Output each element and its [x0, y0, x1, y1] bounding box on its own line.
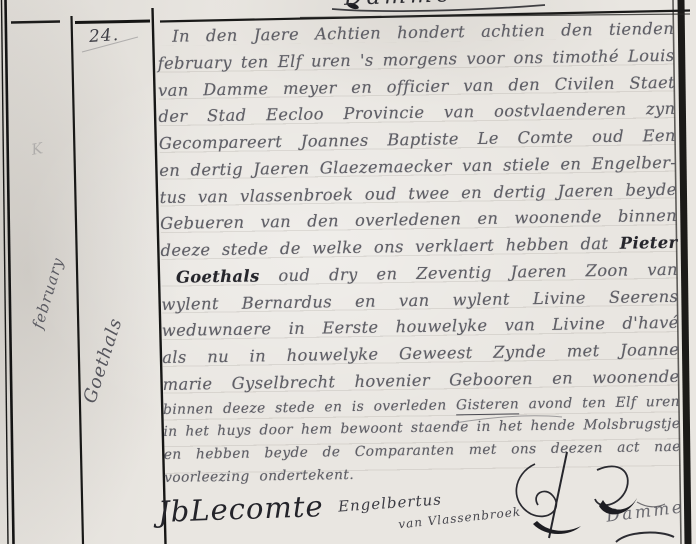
record-text: Gebueren van den overledenen en woonende…	[160, 206, 677, 233]
left-edge-rule-outer	[2, 0, 9, 544]
record-text: wylent Bernardus en van wylent Livine Se…	[161, 286, 678, 313]
previous-record-signature-cutoff: Damme	[330, 0, 570, 13]
record-text: In den Jaere Achtien hondert achtien den…	[172, 19, 674, 46]
record-text: der Stad Eecloo Provincie van oostvlaend…	[158, 99, 675, 126]
bottom-flourish-curl	[612, 530, 682, 544]
record-text: february ten Elf uren 's morgens voor on…	[157, 46, 674, 73]
record-text: marie Gyselbrecht hovenier Gebooren en w…	[163, 367, 680, 394]
emphasized-name: Pieter	[620, 233, 678, 253]
record-text: oud dry en Zeventig Jaeren Zoon van	[259, 260, 678, 286]
record-text: weduwnaere in Eerste houwelyke van Livin…	[162, 313, 679, 340]
underlined-word: Gisteren	[456, 396, 519, 415]
record-text: avond ten Elf uren	[519, 393, 680, 412]
record-number: 24.	[88, 25, 119, 47]
top-rule-col2	[75, 21, 150, 23]
record-text: voorleezing ondertekent.	[164, 467, 354, 486]
margin-faint-mark: K	[21, 138, 54, 161]
record-text: binnen deeze stede en is overleden	[163, 397, 456, 418]
record-text: en dertig Jaeren Glaezemaecker van stiel…	[159, 153, 676, 180]
left-edge-rule	[6, 0, 14, 544]
record-body: In den Jaere Achtien hondert achtien den…	[157, 16, 681, 490]
record-text: deeze stede de welke ons verklaert hebbe…	[160, 234, 620, 260]
record-text: tus van vlassenbroek oud twee en dertig …	[160, 179, 677, 206]
margin-column-rule	[72, 16, 84, 544]
previous-officer-signature: Damme	[344, 0, 454, 11]
margin-month-label: february	[21, 231, 74, 355]
witness1-signature: JbLecomte	[157, 489, 324, 529]
record-text: van Damme meyer en officier van den Civi…	[158, 72, 675, 99]
top-rule-col1	[11, 22, 60, 23]
gutter-band	[681, 0, 688, 544]
register-page-scan: Damme february K 24. Goethals In den Jae…	[0, 0, 696, 544]
record-text: als nu in houwelyke Geweest Zynde met Jo…	[162, 340, 679, 367]
margin-surname-label: Goethals	[74, 298, 132, 422]
record-text: Gecompareert Joannes Baptiste Le Comte o…	[159, 126, 676, 153]
emphasized-name: Goethals	[176, 266, 260, 286]
